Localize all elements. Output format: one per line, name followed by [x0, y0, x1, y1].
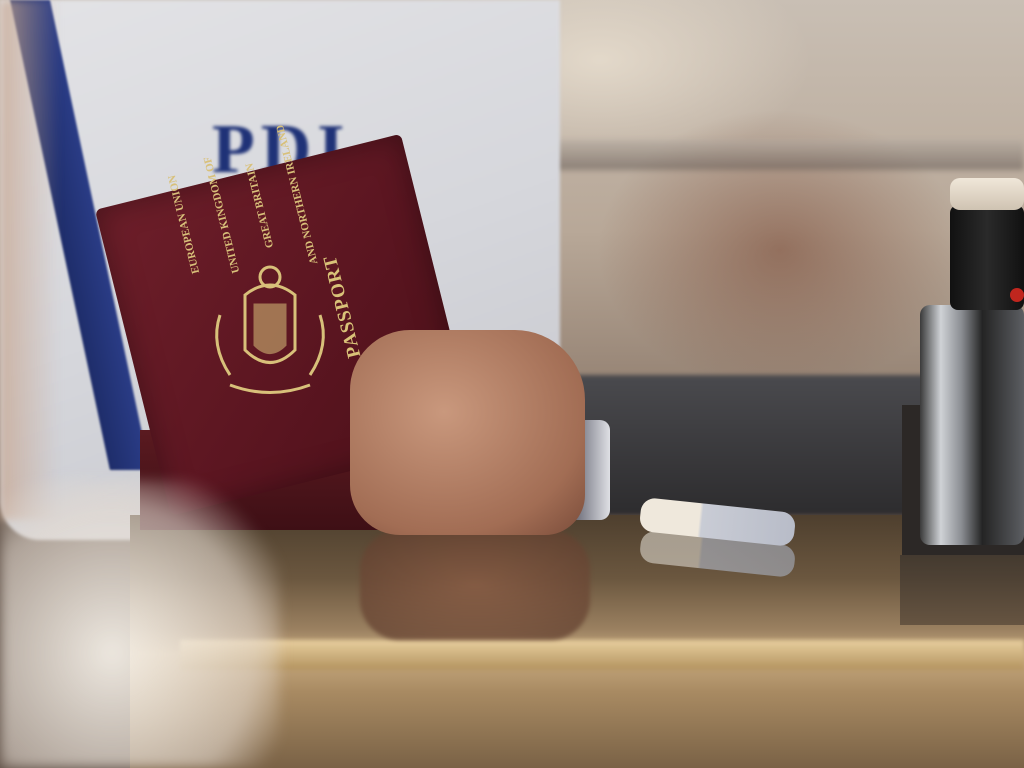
hand [350, 330, 585, 535]
stamp-cap [950, 178, 1024, 210]
foreground-blur-left [0, 0, 60, 520]
issuer-line: GREAT BRITAIN [237, 136, 283, 275]
stamp-red-button [1010, 288, 1024, 302]
foreground-blur [0, 480, 280, 768]
issuer-line: EUROPEAN UNION [161, 155, 207, 294]
counter-edge [180, 640, 1024, 670]
stamp-body [920, 305, 1024, 545]
issuer-line: UNITED KINGDOM OF [199, 145, 245, 284]
hand-reflection [360, 530, 590, 640]
stamp-reflection [900, 555, 1024, 625]
